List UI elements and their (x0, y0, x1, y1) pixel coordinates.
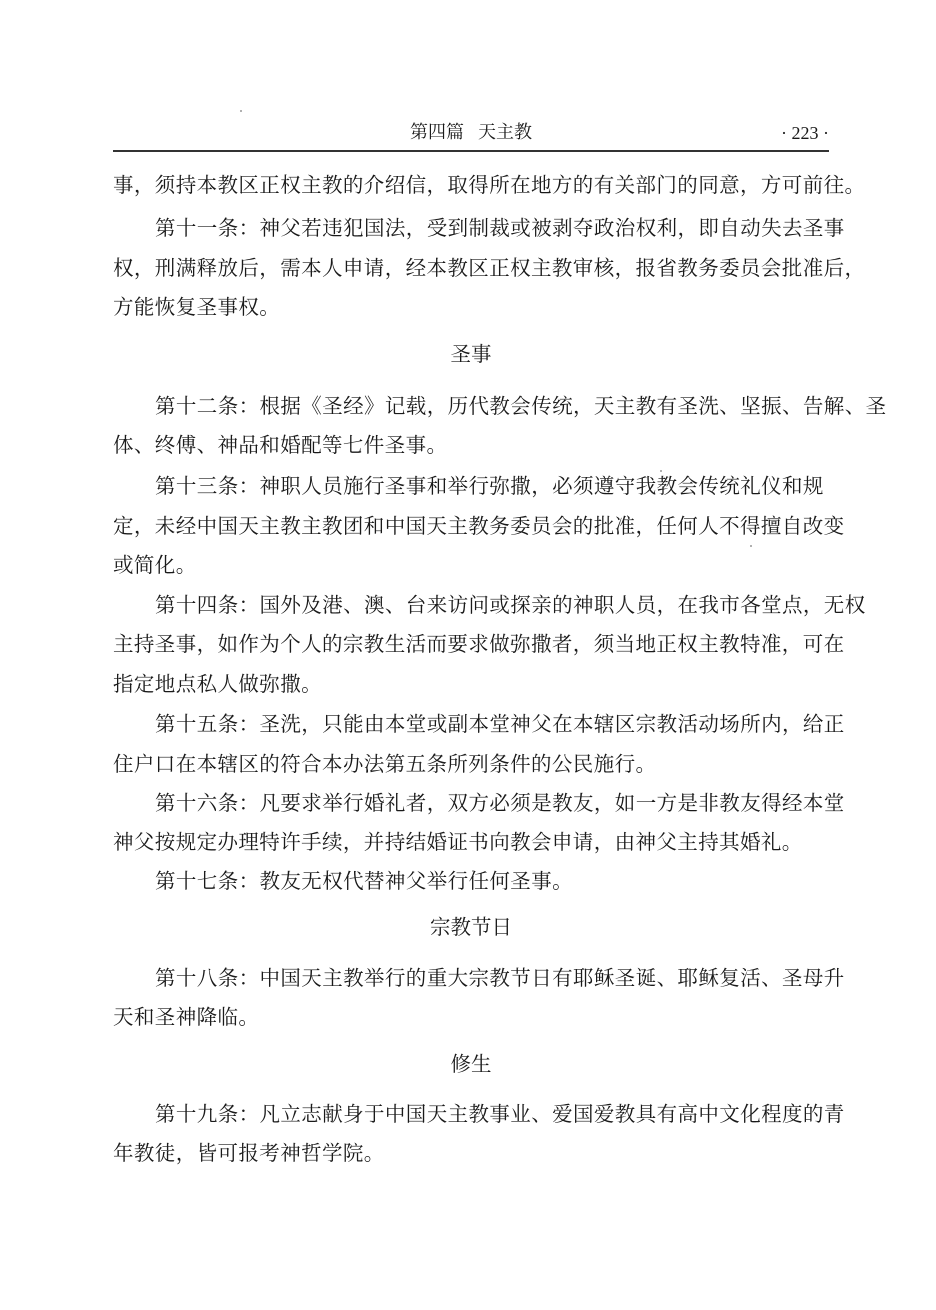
scan-speck (500, 835, 502, 837)
article-13-line: 或简化。 (113, 551, 829, 579)
article-19-line: 第十九条：凡立志献身于中国天主教事业、爱国爱教具有高中文化程度的青 (113, 1100, 871, 1128)
section-heading-seminarians: 修生 (113, 1050, 829, 1078)
scan-speck (660, 470, 662, 472)
article-11-line: 权，刑满释放后，需本人申请，经本教区正权主教审核，报省教务委员会批准后， (113, 254, 829, 282)
scan-speck (472, 870, 474, 872)
article-16-line: 神父按规定办理特许手续，并持结婚证书向教会申请，由神父主持其婚礼。 (113, 828, 829, 856)
article-15-line: 住户口在本辖区的符合本办法第五条所列条件的公民施行。 (113, 750, 829, 778)
article-12-line: 体、终傅、神品和婚配等七件圣事。 (113, 431, 829, 459)
paragraph-line: 事，须持本教区正权主教的介绍信，取得所在地方的有关部门的同意，方可前往。 (113, 171, 829, 199)
chapter-name: 天主教 (478, 122, 532, 143)
article-19-line: 年教徒，皆可报考神哲学院。 (113, 1139, 829, 1167)
article-13-line: 第十三条：神职人员施行圣事和举行弥撒，必须遵守我教会传统礼仪和规 (113, 472, 871, 500)
scan-speck (750, 545, 752, 547)
section-heading-sacraments: 圣事 (113, 340, 829, 368)
article-18-line: 天和圣神降临。 (113, 1003, 829, 1031)
article-13-line: 定，未经中国天主教主教团和中国天主教务委员会的批准，任何人不得擅自改变 (113, 512, 829, 540)
article-14-line: 第十四条：国外及港、澳、台来访问或探亲的神职人员，在我市各堂点，无权 (113, 591, 871, 619)
chapter-title: 第四篇天主教 (113, 121, 829, 145)
header-rule (113, 150, 829, 152)
section-heading-religious-holidays: 宗教节日 (113, 913, 829, 941)
article-18-line: 第十八条：中国天主教举行的重大宗教节日有耶稣圣诞、耶稣复活、圣母升 (113, 964, 871, 992)
article-16-line: 第十六条：凡要求举行婚礼者，双方必须是教友，如一方是非教友得经本堂 (113, 789, 871, 817)
page-number: · 223 · (781, 121, 829, 145)
article-14-line: 指定地点私人做弥撒。 (113, 670, 829, 698)
article-15-line: 第十五条：圣洗，只能由本堂或副本堂神父在本辖区宗教活动场所内，给正 (113, 710, 871, 738)
running-header: 第四篇天主教 · 223 · (113, 121, 829, 145)
article-17-line: 第十七条：教友无权代替神父举行任何圣事。 (113, 867, 871, 895)
article-12-line: 第十二条：根据《圣经》记载，历代教会传统，天主教有圣洗、坚振、告解、圣 (113, 392, 871, 420)
article-14-line: 主持圣事，如作为个人的宗教生活而要求做弥撒者，须当地正权主教特准，可在 (113, 630, 829, 658)
article-11-line: 方能恢复圣事权。 (113, 293, 829, 321)
scan-speck (240, 110, 242, 112)
article-11-line: 第十一条：神父若违犯国法，受到制裁或被剥夺政治权利，即自动失去圣事 (113, 214, 871, 242)
part-label: 第四篇 (410, 122, 464, 143)
